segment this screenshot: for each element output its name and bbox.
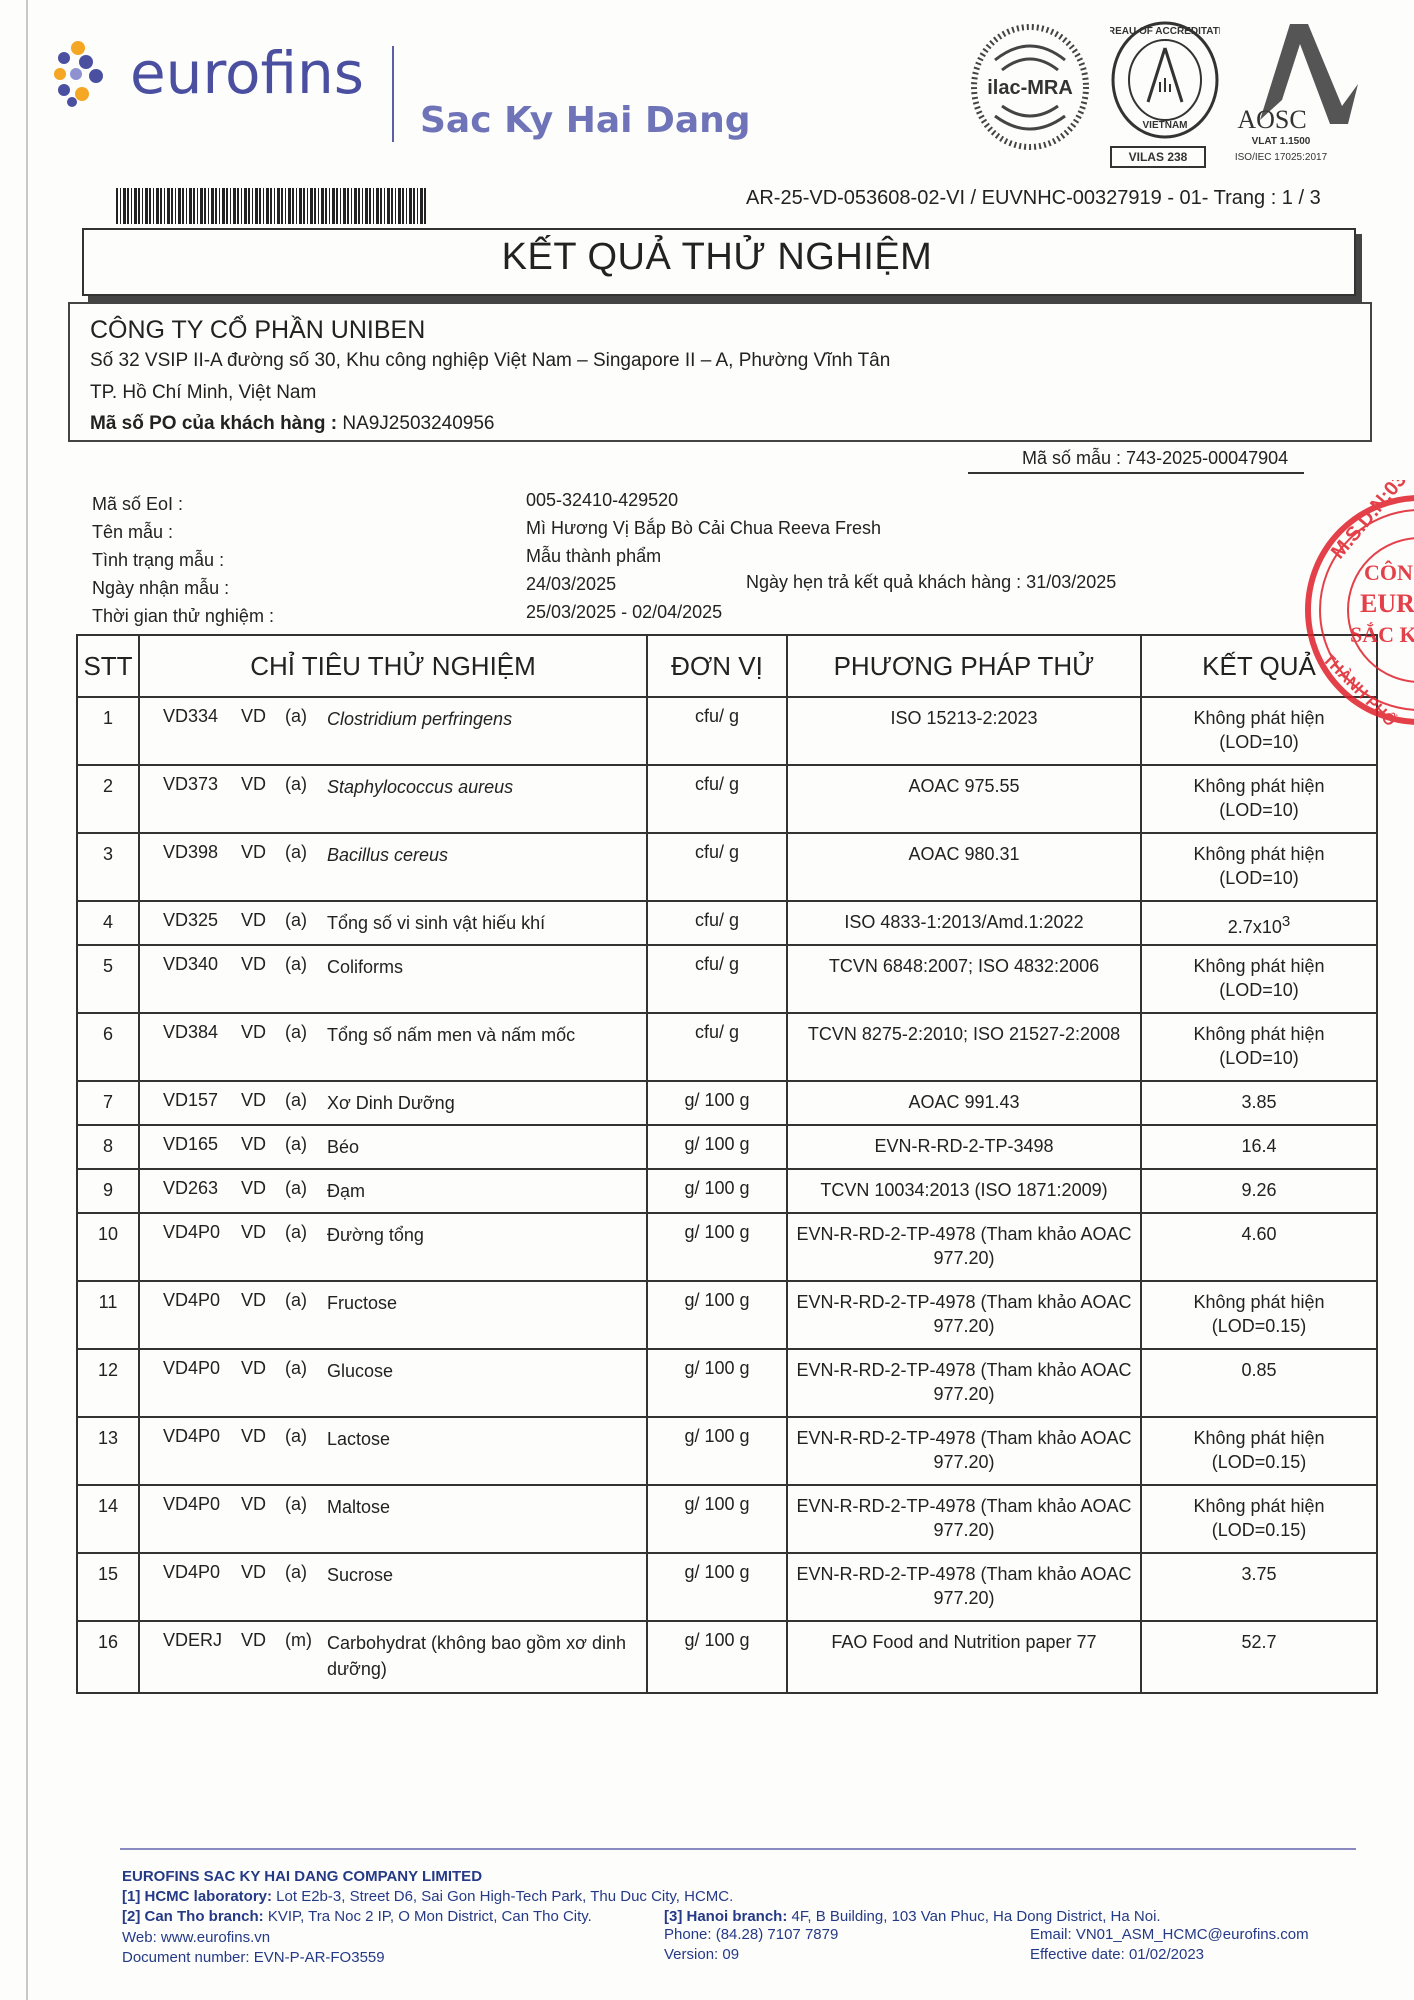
- row-method: EVN-R-RD-2-TP-4978 (Tham khảo AOAC 977.2…: [787, 1213, 1141, 1281]
- vilas-badge: VILAS 238: [1110, 146, 1206, 168]
- result-lod: (LOD=10): [1219, 1048, 1299, 1068]
- footer-phone: Phone: (84.28) 7107 7879: [664, 1926, 838, 1943]
- lab-code: VD: [241, 1426, 285, 1447]
- po-value: NA9J2503240956: [342, 413, 494, 434]
- aosc-code: VLAT 1.1500: [1226, 136, 1336, 147]
- row-result: 16.4: [1141, 1125, 1377, 1169]
- lab-code: VD: [241, 1290, 285, 1311]
- row-unit: g/ 100 g: [647, 1553, 787, 1621]
- row-stt: 12: [77, 1349, 139, 1417]
- row-unit: g/ 100 g: [647, 1417, 787, 1485]
- row-test: VD157VD(a)Xơ Dinh Dưỡng: [139, 1081, 647, 1125]
- footer-hcmc-label: [1] HCMC laboratory:: [122, 1888, 272, 1905]
- result-value: Không phát hiện: [1193, 1292, 1324, 1312]
- table-row: 1VD334VD(a)Clostridium perfringenscfu/ g…: [77, 697, 1377, 765]
- footer-hcmc: [1] HCMC laboratory: Lot E2b-3, Street D…: [122, 1888, 733, 1905]
- row-unit: cfu/ g: [647, 1013, 787, 1081]
- test-code: VD4P0: [141, 1494, 241, 1515]
- accreditation-flag: (a): [285, 910, 327, 931]
- row-stt: 5: [77, 945, 139, 1013]
- table-row: 7VD157VD(a)Xơ Dinh Dưỡngg/ 100 gAOAC 991…: [77, 1081, 1377, 1125]
- test-name: Tổng số vi sinh vật hiếu khí: [327, 910, 545, 936]
- result-value: Không phát hiện: [1193, 956, 1324, 976]
- lab-code: VD: [241, 1494, 285, 1515]
- row-unit: cfu/ g: [647, 765, 787, 833]
- test-name: Coliforms: [327, 954, 403, 980]
- row-stt: 7: [77, 1081, 139, 1125]
- received-date-value: 24/03/2025: [526, 574, 616, 595]
- row-test: VD4P0VD(a)Maltose: [139, 1485, 647, 1553]
- test-name: Đạm: [327, 1178, 365, 1204]
- brand-name: eurofins: [130, 39, 364, 107]
- sample-name-value: Mì Hương Vị Bắp Bò Cải Chua Reeva Fresh: [526, 518, 881, 539]
- row-result: 4.60: [1141, 1213, 1377, 1281]
- sample-name-label: Tên mẫu :: [92, 522, 173, 543]
- sample-code: Mã số mẫu : 743-2025-00047904: [1022, 448, 1288, 469]
- accreditation-flag: (a): [285, 1358, 327, 1379]
- row-method: FAO Food and Nutrition paper 77: [787, 1621, 1141, 1693]
- test-period-label: Thời gian thử nghiệm :: [92, 606, 274, 627]
- row-stt: 9: [77, 1169, 139, 1213]
- test-code: VD157: [141, 1090, 241, 1111]
- row-unit: cfu/ g: [647, 833, 787, 901]
- result-value: 2.7x10: [1228, 917, 1282, 937]
- result-value: Không phát hiện: [1193, 844, 1324, 864]
- row-stt: 1: [77, 697, 139, 765]
- row-test: VD398VD(a)Bacillus cereus: [139, 833, 647, 901]
- lab-code: VD: [241, 1178, 285, 1199]
- col-unit: ĐƠN VỊ: [647, 635, 787, 697]
- test-code: VD384: [141, 1022, 241, 1043]
- test-code: VD165: [141, 1134, 241, 1155]
- row-method: EVN-R-RD-2-TP-4978 (Tham khảo AOAC 977.2…: [787, 1349, 1141, 1417]
- row-result: 52.7: [1141, 1621, 1377, 1693]
- footer-cantho-label: [2] Can Tho branch:: [122, 1908, 264, 1925]
- table-row: 9VD263VD(a)Đạmg/ 100 gTCVN 10034:2013 (I…: [77, 1169, 1377, 1213]
- eoi-label: Mã số EoI :: [92, 494, 183, 515]
- test-name: Tổng số nấm men và nấm mốc: [327, 1022, 575, 1048]
- lab-code: VD: [241, 1358, 285, 1379]
- table-row: 2VD373VD(a)Staphylococcus aureuscfu/ gAO…: [77, 765, 1377, 833]
- lab-code: VD: [241, 1562, 285, 1583]
- row-stt: 11: [77, 1281, 139, 1349]
- footer-email[interactable]: Email: VN01_ASM_HCMC@eurofins.com: [1030, 1926, 1309, 1943]
- result-value: Không phát hiện: [1193, 1024, 1324, 1044]
- row-method: EVN-R-RD-2-TP-4978 (Tham khảo AOAC 977.2…: [787, 1417, 1141, 1485]
- test-name: Glucose: [327, 1358, 393, 1384]
- due-date: Ngày hẹn trả kết quả khách hàng : 31/03/…: [746, 572, 1116, 593]
- lab-code: VD: [241, 910, 285, 931]
- row-stt: 16: [77, 1621, 139, 1693]
- test-name: Bacillus cereus: [327, 842, 448, 868]
- test-code: VD340: [141, 954, 241, 975]
- row-method: TCVN 10034:2013 (ISO 1871:2009): [787, 1169, 1141, 1213]
- eurofins-logo: eurofins: [52, 38, 364, 108]
- svg-text:CÔNG: CÔNG: [1364, 560, 1414, 585]
- row-stt: 15: [77, 1553, 139, 1621]
- row-test: VD384VD(a)Tổng số nấm men và nấm mốc: [139, 1013, 647, 1081]
- svg-text:ilac-MRA: ilac-MRA: [987, 77, 1073, 99]
- row-test: VD325VD(a)Tổng số vi sinh vật hiếu khí: [139, 901, 647, 945]
- row-test: VD340VD(a)Coliforms: [139, 945, 647, 1013]
- accreditation-flag: (m): [285, 1630, 327, 1651]
- row-unit: g/ 100 g: [647, 1281, 787, 1349]
- accreditation-flag: (a): [285, 1178, 327, 1199]
- table-row: 4VD325VD(a)Tổng số vi sinh vật hiếu khíc…: [77, 901, 1377, 945]
- row-stt: 10: [77, 1213, 139, 1281]
- result-lod: (LOD=10): [1219, 868, 1299, 888]
- row-test: VDERJVD(m)Carbohydrat (không bao gồm xơ …: [139, 1621, 647, 1693]
- result-value: 52.7: [1241, 1632, 1276, 1652]
- row-result: Không phát hiện(LOD=0.15): [1141, 1281, 1377, 1349]
- test-code: VD263: [141, 1178, 241, 1199]
- table-row: 3VD398VD(a)Bacillus cereuscfu/ gAOAC 980…: [77, 833, 1377, 901]
- test-code: VD4P0: [141, 1222, 241, 1243]
- eurofins-dots-icon: [52, 38, 122, 108]
- table-header-row: STT CHỈ TIÊU THỬ NGHIỆM ĐƠN VỊ PHƯƠNG PH…: [77, 635, 1377, 697]
- bureau-of-accreditation-icon: BUREAU OF ACCREDITATION VIETNAM: [1110, 20, 1220, 145]
- row-method: ISO 4833-1:2013/Amd.1:2022: [787, 901, 1141, 945]
- accreditation-flag: (a): [285, 1494, 327, 1515]
- row-test: VD373VD(a)Staphylococcus aureus: [139, 765, 647, 833]
- client-address-line1: Số 32 VSIP II-A đường số 30, Khu công ng…: [90, 350, 890, 372]
- lab-code: VD: [241, 1630, 285, 1651]
- test-code: VD4P0: [141, 1358, 241, 1379]
- row-result: 2.7x103: [1141, 901, 1377, 945]
- row-unit: g/ 100 g: [647, 1169, 787, 1213]
- result-lod: (LOD=0.15): [1212, 1452, 1307, 1472]
- results-table: STT CHỈ TIÊU THỬ NGHIỆM ĐƠN VỊ PHƯƠNG PH…: [76, 634, 1378, 1694]
- footer-hcmc-addr: Lot E2b-3, Street D6, Sai Gon High-Tech …: [272, 1888, 733, 1905]
- row-unit: cfu/ g: [647, 945, 787, 1013]
- footer-company: EUROFINS SAC KY HAI DANG COMPANY LIMITED: [122, 1868, 482, 1885]
- lab-code: VD: [241, 774, 285, 795]
- row-test: VD263VD(a)Đạm: [139, 1169, 647, 1213]
- result-value: Không phát hiện: [1193, 1496, 1324, 1516]
- test-code: VD373: [141, 774, 241, 795]
- barcode: [116, 188, 426, 224]
- accreditation-flag: (a): [285, 1562, 327, 1583]
- row-method: EVN-R-RD-2-TP-4978 (Tham khảo AOAC 977.2…: [787, 1281, 1141, 1349]
- svg-text:BUREAU OF ACCREDITATION: BUREAU OF ACCREDITATION: [1110, 26, 1220, 37]
- row-method: EVN-R-RD-2-TP-4978 (Tham khảo AOAC 977.2…: [787, 1485, 1141, 1553]
- row-test: VD4P0VD(a)Lactose: [139, 1417, 647, 1485]
- accreditation-flag: (a): [285, 1022, 327, 1043]
- page-title: KẾT QUẢ THỬ NGHIỆM: [82, 236, 1352, 279]
- row-unit: cfu/ g: [647, 697, 787, 765]
- table-row: 6VD384VD(a)Tổng số nấm men và nấm mốccfu…: [77, 1013, 1377, 1081]
- sample-status-label: Tình trạng mẫu :: [92, 550, 224, 571]
- footer-hanoi-label: [3] Hanoi branch:: [664, 1908, 787, 1925]
- row-method: ISO 15213-2:2023: [787, 697, 1141, 765]
- test-name: Fructose: [327, 1290, 397, 1316]
- logo-divider: [392, 46, 394, 142]
- result-lod: (LOD=10): [1219, 980, 1299, 1000]
- row-result: Không phát hiện(LOD=10): [1141, 1013, 1377, 1081]
- table-row: 12VD4P0VD(a)Glucoseg/ 100 gEVN-R-RD-2-TP…: [77, 1349, 1377, 1417]
- footer-version: Version: 09: [664, 1946, 739, 1963]
- eoi-value: 005-32410-429520: [526, 490, 678, 511]
- row-result: Không phát hiện(LOD=10): [1141, 765, 1377, 833]
- test-name: Staphylococcus aureus: [327, 774, 513, 800]
- test-name: Sucrose: [327, 1562, 393, 1588]
- row-method: AOAC 980.31: [787, 833, 1141, 901]
- footer-hanoi-addr: 4F, B Building, 103 Van Phuc, Ha Dong Di…: [787, 1908, 1160, 1925]
- row-test: VD4P0VD(a)Fructose: [139, 1281, 647, 1349]
- result-lod: (LOD=10): [1219, 800, 1299, 820]
- row-unit: g/ 100 g: [647, 1213, 787, 1281]
- ilac-mra-icon: ilac-MRA: [970, 22, 1090, 152]
- row-unit: cfu/ g: [647, 901, 787, 945]
- row-stt: 4: [77, 901, 139, 945]
- accreditation-flag: (a): [285, 1134, 327, 1155]
- po-label: Mã số PO của khách hàng :: [90, 413, 337, 434]
- client-name: CÔNG TY CỔ PHẦN UNIBEN: [90, 316, 425, 345]
- row-unit: g/ 100 g: [647, 1081, 787, 1125]
- row-result: Không phát hiện(LOD=0.15): [1141, 1417, 1377, 1485]
- row-test: VD4P0VD(a)Glucose: [139, 1349, 647, 1417]
- lab-code: VD: [241, 1222, 285, 1243]
- table-row: 14VD4P0VD(a)Maltoseg/ 100 gEVN-R-RD-2-TP…: [77, 1485, 1377, 1553]
- result-value: 3.75: [1241, 1564, 1276, 1584]
- result-value: 16.4: [1241, 1136, 1276, 1156]
- row-result: Không phát hiện(LOD=0.15): [1141, 1485, 1377, 1553]
- footer-cantho-addr: KVIP, Tra Noc 2 IP, O Mon District, Can …: [264, 1908, 592, 1925]
- row-test: VD334VD(a)Clostridium perfringens: [139, 697, 647, 765]
- row-stt: 13: [77, 1417, 139, 1485]
- table-row: 15VD4P0VD(a)Sucroseg/ 100 gEVN-R-RD-2-TP…: [77, 1553, 1377, 1621]
- accreditation-flag: (a): [285, 774, 327, 795]
- result-value: Không phát hiện: [1193, 776, 1324, 796]
- result-value: Không phát hiện: [1193, 1428, 1324, 1448]
- test-code: VDERJ: [141, 1630, 241, 1651]
- lab-code: VD: [241, 1022, 285, 1043]
- test-code: VD398: [141, 842, 241, 863]
- test-code: VD4P0: [141, 1426, 241, 1447]
- test-code: VD4P0: [141, 1290, 241, 1311]
- table-row: 5VD340VD(a)Coliformscfu/ gTCVN 6848:2007…: [77, 945, 1377, 1013]
- svg-text:THÀNH PHỐ: THÀNH PHỐ: [1319, 649, 1400, 730]
- test-name: Béo: [327, 1134, 359, 1160]
- row-result: 3.75: [1141, 1553, 1377, 1621]
- svg-text:EUR: EUR: [1360, 589, 1414, 618]
- sample-code-underline: [968, 472, 1304, 474]
- footer-divider: [120, 1848, 1356, 1850]
- row-stt: 8: [77, 1125, 139, 1169]
- result-lod: (LOD=10): [1219, 732, 1299, 752]
- svg-text:VIETNAM: VIETNAM: [1143, 120, 1188, 131]
- client-address-line2: TP. Hồ Chí Minh, Việt Nam: [90, 382, 316, 404]
- lab-code: VD: [241, 1090, 285, 1111]
- test-name: Maltose: [327, 1494, 390, 1520]
- report-reference: AR-25-VD-053608-02-VI / EUVNHC-00327919 …: [746, 187, 1321, 210]
- accreditation-flag: (a): [285, 1090, 327, 1111]
- test-name: Carbohydrat (không bao gồm xơ dinh dưỡng…: [327, 1630, 627, 1682]
- row-result: 3.85: [1141, 1081, 1377, 1125]
- footer-cantho: [2] Can Tho branch: KVIP, Tra Noc 2 IP, …: [122, 1908, 592, 1925]
- row-method: TCVN 6848:2007; ISO 4832:2006: [787, 945, 1141, 1013]
- row-method: AOAC 991.43: [787, 1081, 1141, 1125]
- col-test: CHỈ TIÊU THỬ NGHIỆM: [139, 635, 647, 697]
- result-lod: (LOD=0.15): [1212, 1520, 1307, 1540]
- accreditation-flag: (a): [285, 842, 327, 863]
- test-name: Xơ Dinh Dưỡng: [327, 1090, 455, 1116]
- sample-status-value: Mẫu thành phẩm: [526, 546, 661, 567]
- page-edge: [26, 0, 28, 2000]
- row-unit: g/ 100 g: [647, 1349, 787, 1417]
- row-method: TCVN 8275-2:2010; ISO 21527-2:2008: [787, 1013, 1141, 1081]
- test-name: Đường tổng: [327, 1222, 424, 1248]
- table-row: 16VDERJVD(m)Carbohydrat (không bao gồm x…: [77, 1621, 1377, 1693]
- row-unit: g/ 100 g: [647, 1621, 787, 1693]
- svg-text:M.S.D.N:0311: M.S.D.N:0311: [1327, 480, 1414, 563]
- row-test: VD165VD(a)Béo: [139, 1125, 647, 1169]
- row-test: VD4P0VD(a)Sucrose: [139, 1553, 647, 1621]
- lab-code: VD: [241, 1134, 285, 1155]
- col-stt: STT: [77, 635, 139, 697]
- accreditation-flag: (a): [285, 1222, 327, 1243]
- row-test: VD4P0VD(a)Đường tổng: [139, 1213, 647, 1281]
- result-value: 9.26: [1241, 1180, 1276, 1200]
- result-lod: (LOD=0.15): [1212, 1316, 1307, 1336]
- lab-code: VD: [241, 954, 285, 975]
- row-result: Không phát hiện(LOD=10): [1141, 945, 1377, 1013]
- svg-text:SẮC KÝ: SẮC KÝ: [1350, 622, 1414, 647]
- col-method: PHƯƠNG PHÁP THỬ: [787, 635, 1141, 697]
- test-code: VD4P0: [141, 1562, 241, 1583]
- received-date-label: Ngày nhận mẫu :: [92, 578, 229, 599]
- row-method: AOAC 975.55: [787, 765, 1141, 833]
- accreditation-flag: (a): [285, 706, 327, 727]
- row-method: EVN-R-RD-2-TP-3498: [787, 1125, 1141, 1169]
- aosc-icon: AOSC: [1230, 20, 1360, 130]
- row-stt: 3: [77, 833, 139, 901]
- lab-code: VD: [241, 706, 285, 727]
- row-stt: 2: [77, 765, 139, 833]
- test-name: Clostridium perfringens: [327, 706, 512, 732]
- accreditation-flag: (a): [285, 954, 327, 975]
- row-stt: 14: [77, 1485, 139, 1553]
- footer-hanoi: [3] Hanoi branch: 4F, B Building, 103 Va…: [664, 1908, 1161, 1925]
- subsidiary-name: Sac Ky Hai Dang: [420, 100, 751, 141]
- row-unit: g/ 100 g: [647, 1485, 787, 1553]
- table-row: 8VD165VD(a)Béog/ 100 gEVN-R-RD-2-TP-3498…: [77, 1125, 1377, 1169]
- table-row: 11VD4P0VD(a)Fructoseg/ 100 gEVN-R-RD-2-T…: [77, 1281, 1377, 1349]
- test-name: Lactose: [327, 1426, 390, 1452]
- test-code: VD334: [141, 706, 241, 727]
- row-result: 0.85: [1141, 1349, 1377, 1417]
- aosc-standard: ISO/IEC 17025:2017: [1216, 152, 1346, 163]
- result-value: 3.85: [1241, 1092, 1276, 1112]
- table-row: 10VD4P0VD(a)Đường tổngg/ 100 gEVN-R-RD-2…: [77, 1213, 1377, 1281]
- row-stt: 6: [77, 1013, 139, 1081]
- table-row: 13VD4P0VD(a)Lactoseg/ 100 gEVN-R-RD-2-TP…: [77, 1417, 1377, 1485]
- row-result: 9.26: [1141, 1169, 1377, 1213]
- accreditation-flag: (a): [285, 1290, 327, 1311]
- client-po: Mã số PO của khách hàng : NA9J2503240956: [90, 413, 494, 435]
- row-unit: g/ 100 g: [647, 1125, 787, 1169]
- footer-doc-number: Document number: EVN-P-AR-FO3559: [122, 1949, 385, 1966]
- test-period-value: 25/03/2025 - 02/04/2025: [526, 602, 722, 623]
- result-value: 4.60: [1241, 1224, 1276, 1244]
- test-code: VD325: [141, 910, 241, 931]
- lab-code: VD: [241, 842, 285, 863]
- svg-text:AOSC: AOSC: [1237, 105, 1306, 130]
- row-method: EVN-R-RD-2-TP-4978 (Tham khảo AOAC 977.2…: [787, 1553, 1141, 1621]
- accreditation-flag: (a): [285, 1426, 327, 1447]
- row-result: Không phát hiện(LOD=10): [1141, 833, 1377, 901]
- footer-effective-date: Effective date: 01/02/2023: [1030, 1946, 1204, 1963]
- result-value: 0.85: [1241, 1360, 1276, 1380]
- company-stamp: M.S.D.N:0311 CÔNG EUR SẮC KÝ THÀNH PHỐ: [1300, 480, 1414, 740]
- result-exponent: 3: [1282, 913, 1290, 930]
- footer-web[interactable]: Web: www.eurofins.vn: [122, 1929, 270, 1946]
